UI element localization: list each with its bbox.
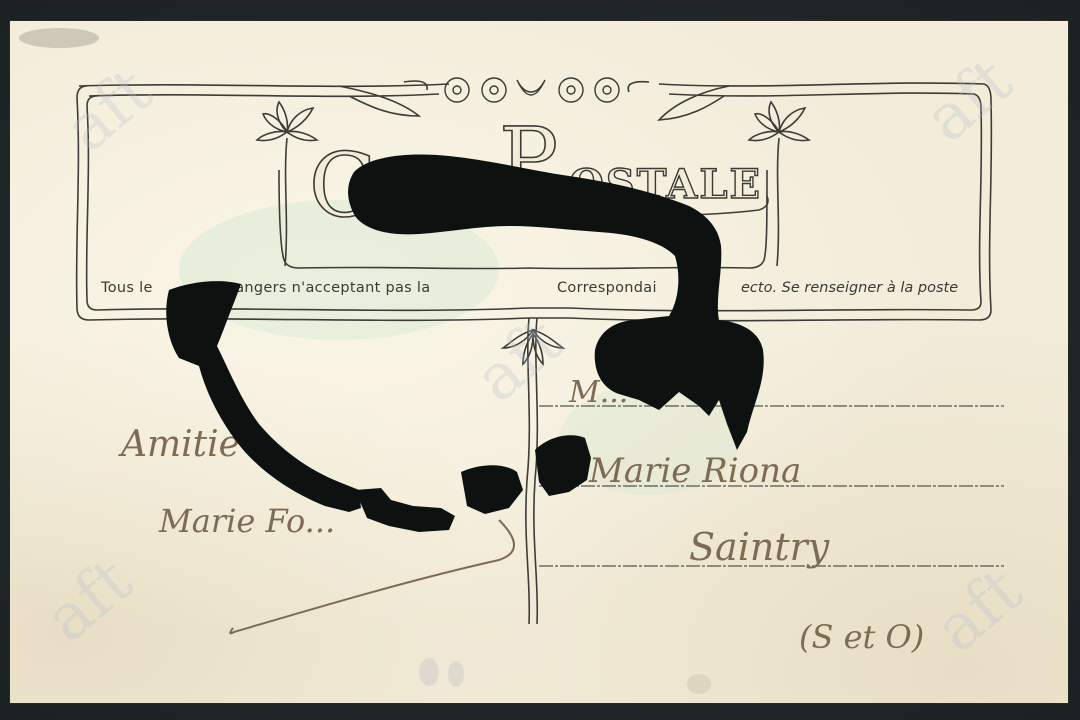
address-line-3: Saintry (689, 525, 830, 569)
stain (19, 28, 99, 48)
leaf-sprig-right-icon (628, 82, 729, 120)
address-line-4: (S et O) (799, 618, 924, 656)
message-line-1: Amitié (118, 424, 240, 465)
watermark-aft: aft (912, 44, 1027, 157)
watermark-aft: aft (52, 54, 167, 167)
watermark-aft: aft (462, 304, 577, 417)
flower-left-icon (257, 102, 317, 141)
stain (687, 674, 711, 694)
left-stem (285, 138, 287, 266)
flower-right-icon (749, 102, 809, 141)
right-stem (777, 138, 779, 266)
stain (448, 661, 464, 687)
notice-right-end: ecto. Se renseigner à la poste (741, 280, 958, 296)
postcard-back: C P OSTALE Tous le trangers n'acceptant … (9, 20, 1069, 704)
notice-left-end: trangers n'acceptant pas la (223, 280, 430, 296)
notice-left-start: Tous le (100, 280, 153, 296)
address-line-2: Marie Riona (588, 451, 801, 491)
header-ornament-icon (445, 78, 619, 102)
scan-background: C P OSTALE Tous le trangers n'acceptant … (0, 0, 1080, 720)
notice-right-start: Correspondai (557, 280, 657, 296)
message-line-2: Marie Fo... (158, 502, 335, 540)
stain (419, 658, 439, 686)
postcard-artwork: C P OSTALE Tous le trangers n'acceptant … (9, 20, 1069, 704)
watermark-aft: aft (922, 554, 1037, 667)
watermark-aft: aft (32, 544, 147, 657)
